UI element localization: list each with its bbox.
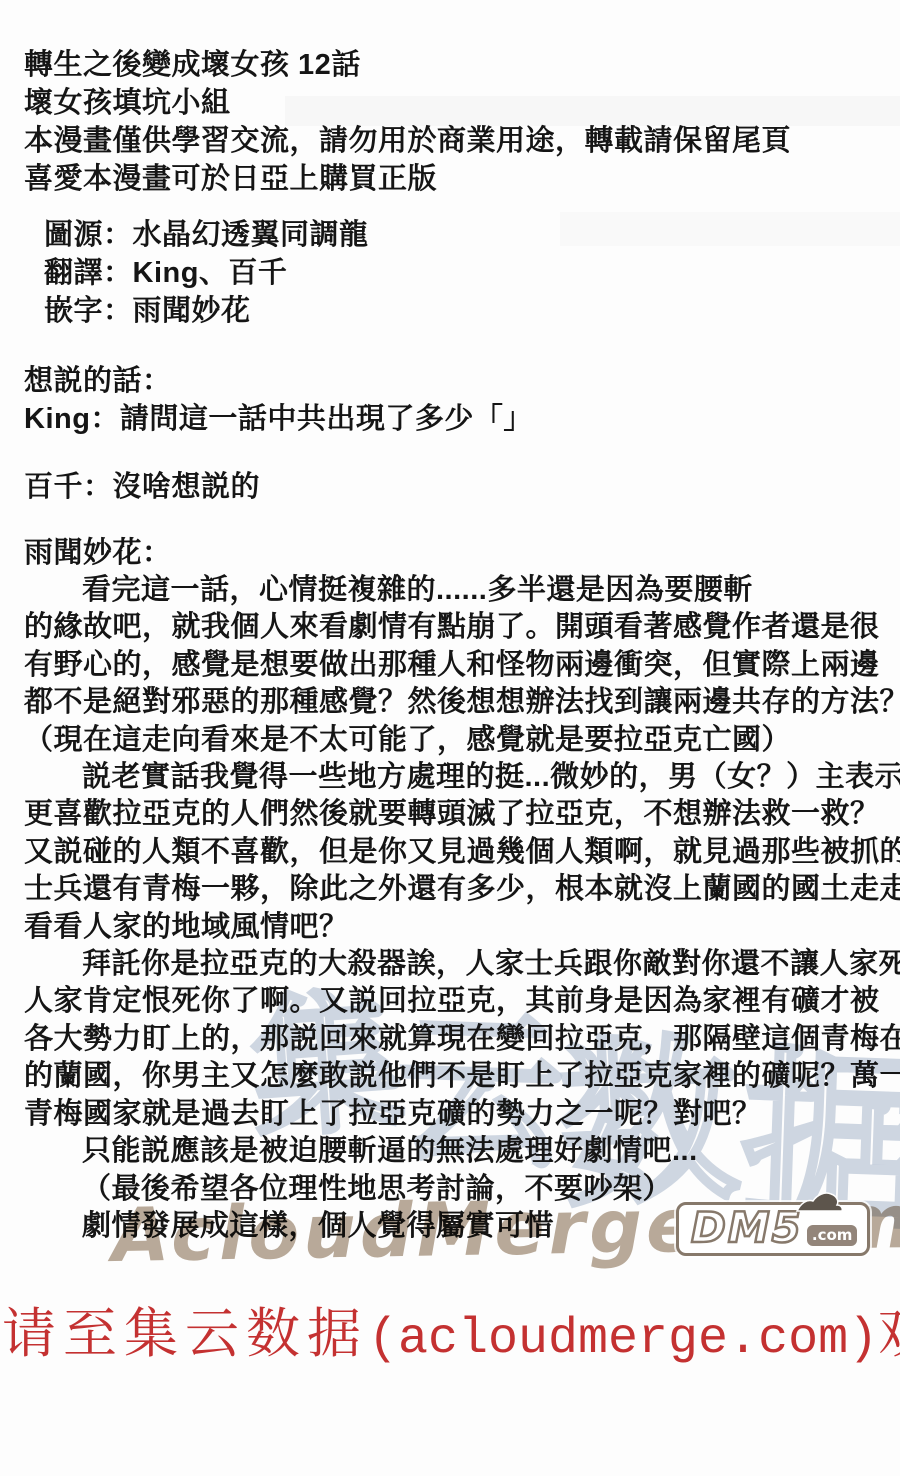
footer-notice-url: (acloudmerge.com) — [368, 1311, 878, 1368]
scanlation-credits-page: 集 云 数 据 轉生之後變成壞女孩 12話 壞女孩填坑小組 本漫畫僅供學習交流，… — [0, 0, 900, 1476]
credit-source: 圖源：水晶幻透翼同調龍 — [44, 216, 876, 254]
comment-line: 的蘭國，你男主又怎麼敢説他們不是盯上了拉亞克家裡的礦呢？萬一 — [24, 1058, 876, 1095]
comment-line: 只能説應該是被迫腰斬逼的無法處理好劇情吧... — [24, 1133, 876, 1170]
comment-line: 各大勢力盯上的，那説回來就算現在變回拉亞克，那隔壁這個青梅在 — [24, 1021, 876, 1058]
usage-notice: 本漫畫僅供學習交流，請勿用於商業用途，轉載請保留尾頁 — [24, 122, 876, 160]
comments-heading: 想説的話： — [24, 362, 876, 400]
scanlation-group-name: 壞女孩填坑小組 — [24, 84, 876, 122]
comment-line: 的緣故吧，就我個人來看劇情有點崩了。開頭看著感覺作者還是很 — [24, 609, 876, 646]
comment-line: 説老實話我覺得一些地方處理的挺...微妙的，男（女？）主表示 — [24, 759, 876, 796]
dm5-mascot-icon — [793, 1189, 845, 1215]
page-title: 轉生之後變成壞女孩 12話 — [24, 46, 876, 84]
comment-line: （現在這走向看來是不太可能了，感覺就是要拉亞克亡國） — [24, 722, 876, 759]
dm5-logo: DM5 .com — [676, 1202, 870, 1256]
yuwen-comment-paragraph: 看完這一話，心情挺複雜的......多半還是因為要腰斬 的緣故吧，就我個人來看劇… — [24, 572, 876, 1245]
comment-line: 青梅國家就是過去盯上了拉亞克礦的勢力之一呢？對吧？ — [24, 1096, 876, 1133]
comment-line: 有野心的，感覺是想要做出那種人和怪物兩邊衝突，但實際上兩邊 — [24, 647, 876, 684]
comment-line: 拜託你是拉亞克的大殺器誒，人家士兵跟你敵對你還不讓人家死 — [24, 946, 876, 983]
dm5-logo-tld-badge: .com — [807, 1225, 858, 1246]
credits-text-block: 轉生之後變成壞女孩 12話 壞女孩填坑小組 本漫畫僅供學習交流，請勿用於商業用途… — [0, 0, 900, 1245]
comment-line: 都不是絕對邪惡的那種感覺？然後想想辦法找到讓兩邊共存的方法？ — [24, 684, 876, 721]
yuwen-heading: 雨聞妙花： — [24, 534, 876, 572]
footer-notice-suffix: 观 — [878, 1304, 900, 1364]
comment-line: 看看人家的地域風情吧？ — [24, 909, 876, 946]
comment-line: 又説碰的人類不喜歡，但是你又見過幾個人類啊，就見過那些被抓的 — [24, 834, 876, 871]
purchase-notice: 喜愛本漫畫可於日亞上購買正版 — [24, 160, 876, 198]
footer-site-notice: 请至集云数据(acloudmerge.com)观 — [2, 1291, 900, 1368]
credit-translator: 翻譯：King、百千 — [44, 254, 876, 292]
baiqian-comment: 百千：沒啥想説的 — [24, 468, 876, 506]
credit-typesetter: 嵌字：雨聞妙花 — [44, 292, 876, 330]
credits-list: 圖源：水晶幻透翼同調龍 翻譯：King、百千 嵌字：雨聞妙花 — [24, 216, 876, 330]
footer-notice-prefix: 请至集云数据 — [2, 1304, 368, 1364]
comment-line: 看完這一話，心情挺複雜的......多半還是因為要腰斬 — [24, 572, 876, 609]
comment-line: 士兵還有青梅一夥，除此之外還有多少，根本就沒上蘭國的國土走走 — [24, 871, 876, 908]
comment-line: 人家肯定恨死你了啊。又説回拉亞克，其前身是因為家裡有礦才被 — [24, 983, 876, 1020]
king-comment: King：請問這一話中共出現了多少「」 — [24, 400, 876, 438]
comment-line: 更喜歡拉亞克的人們然後就要轉頭滅了拉亞克，不想辦法救一救？ — [24, 796, 876, 833]
dm5-logo-text: DM5 — [691, 1207, 803, 1249]
